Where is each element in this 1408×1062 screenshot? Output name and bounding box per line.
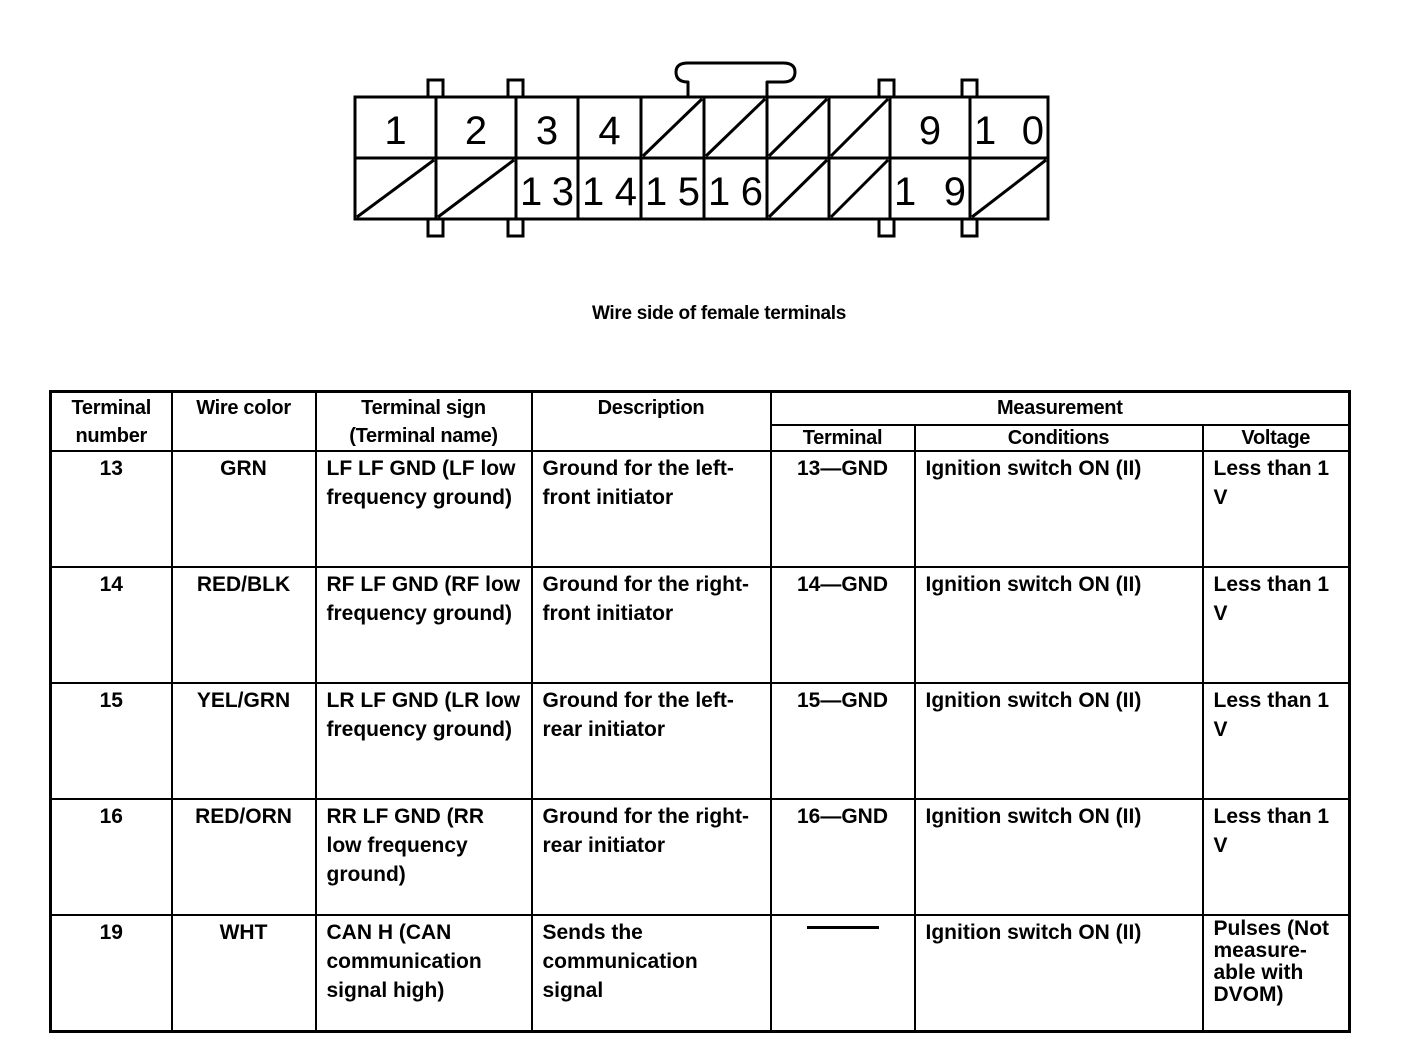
cell-voltage: Less than 1 V <box>1203 799 1350 915</box>
cell-conditions: Ignition switch ON (II) <box>915 799 1203 915</box>
cell-terminal-sign: LF LF GND (LF low frequency ground) <box>316 451 532 567</box>
cell-meas-terminal <box>771 915 915 1032</box>
cell-wire-color: RED/ORN <box>172 799 316 915</box>
header-terminal-number-text2: number <box>62 422 161 450</box>
header-measurement: Measurement <box>771 392 1350 425</box>
cell-meas-terminal: 13—GND <box>771 451 915 567</box>
cell-meas-terminal: 16—GND <box>771 799 915 915</box>
header-terminal-number: Terminal number <box>51 392 172 452</box>
terminal-label: 1 <box>384 109 406 153</box>
terminal-label: 4 <box>598 109 620 153</box>
cell-wire-color: GRN <box>172 451 316 567</box>
terminal-label: 9 <box>919 109 941 153</box>
cell-terminal-sign: RF LF GND (RF low frequency ground) <box>316 567 532 683</box>
cell-description: Ground for the left-rear initiator <box>532 683 771 799</box>
cell-meas-terminal: 15—GND <box>771 683 915 799</box>
table-row: 13 GRN LF LF GND (LF low frequency groun… <box>51 451 1350 567</box>
cell-voltage: Less than 1 V <box>1203 451 1350 567</box>
no-terminal-dash <box>807 926 879 929</box>
table-row: 14 RED/BLK RF LF GND (RF low frequency g… <box>51 567 1350 683</box>
cell-meas-terminal: 14—GND <box>771 567 915 683</box>
cell-terminal-sign: RR LF GND (RR low frequency ground) <box>316 799 532 915</box>
cell-description: Ground for the right-rear initiator <box>532 799 771 915</box>
header-description: Description <box>532 392 771 452</box>
connector-diagram: 12349101314151619 <box>340 55 1070 245</box>
terminal-label: 2 <box>465 109 487 153</box>
cell-terminal-number: 14 <box>51 567 172 683</box>
cell-conditions: Ignition switch ON (II) <box>915 567 1203 683</box>
cell-terminal-sign: CAN H (CAN communication signal high) <box>316 915 532 1032</box>
cell-description: Ground for the right-front initiator <box>532 567 771 683</box>
header-conditions: Conditions <box>915 425 1203 451</box>
cell-voltage: Less than 1 V <box>1203 567 1350 683</box>
header-meas-terminal: Terminal <box>771 425 915 451</box>
cell-wire-color: WHT <box>172 915 316 1032</box>
cell-voltage: Less than 1 V <box>1203 683 1350 799</box>
cell-description: Sends the communication signal <box>532 915 771 1032</box>
cell-voltage: Pulses (Not measure-able with DVOM) <box>1203 915 1350 1032</box>
cell-description: Ground for the left-front initiator <box>532 451 771 567</box>
header-voltage: Voltage <box>1203 425 1350 451</box>
header-terminal-sign: Terminal sign (Terminal name) <box>316 392 532 452</box>
cell-terminal-number: 19 <box>51 915 172 1032</box>
cell-terminal-number: 15 <box>51 683 172 799</box>
cell-terminal-number: 13 <box>51 451 172 567</box>
connector-caption: Wire side of female terminals <box>0 303 1408 325</box>
header-row: Terminal number Wire color Terminal sign… <box>51 392 1350 425</box>
cell-conditions: Ignition switch ON (II) <box>915 915 1203 1032</box>
header-terminal-number-text: Terminal <box>62 394 161 422</box>
terminal-label: 3 <box>536 109 558 153</box>
table-row: 19 WHT CAN H (CAN communication signal h… <box>51 915 1350 1032</box>
cell-conditions: Ignition switch ON (II) <box>915 683 1203 799</box>
table-row: 15 YEL/GRN LR LF GND (LR low frequency g… <box>51 683 1350 799</box>
header-wire-color: Wire color <box>172 392 316 452</box>
cell-terminal-sign: LR LF GND (LR low frequency ground) <box>316 683 532 799</box>
table-row: 16 RED/ORN RR LF GND (RR low frequency g… <box>51 799 1350 915</box>
terminal-table: Terminal number Wire color Terminal sign… <box>49 390 1351 1033</box>
cell-wire-color: YEL/GRN <box>172 683 316 799</box>
cell-terminal-number: 16 <box>51 799 172 915</box>
cell-wire-color: RED/BLK <box>172 567 316 683</box>
cell-conditions: Ignition switch ON (II) <box>915 451 1203 567</box>
